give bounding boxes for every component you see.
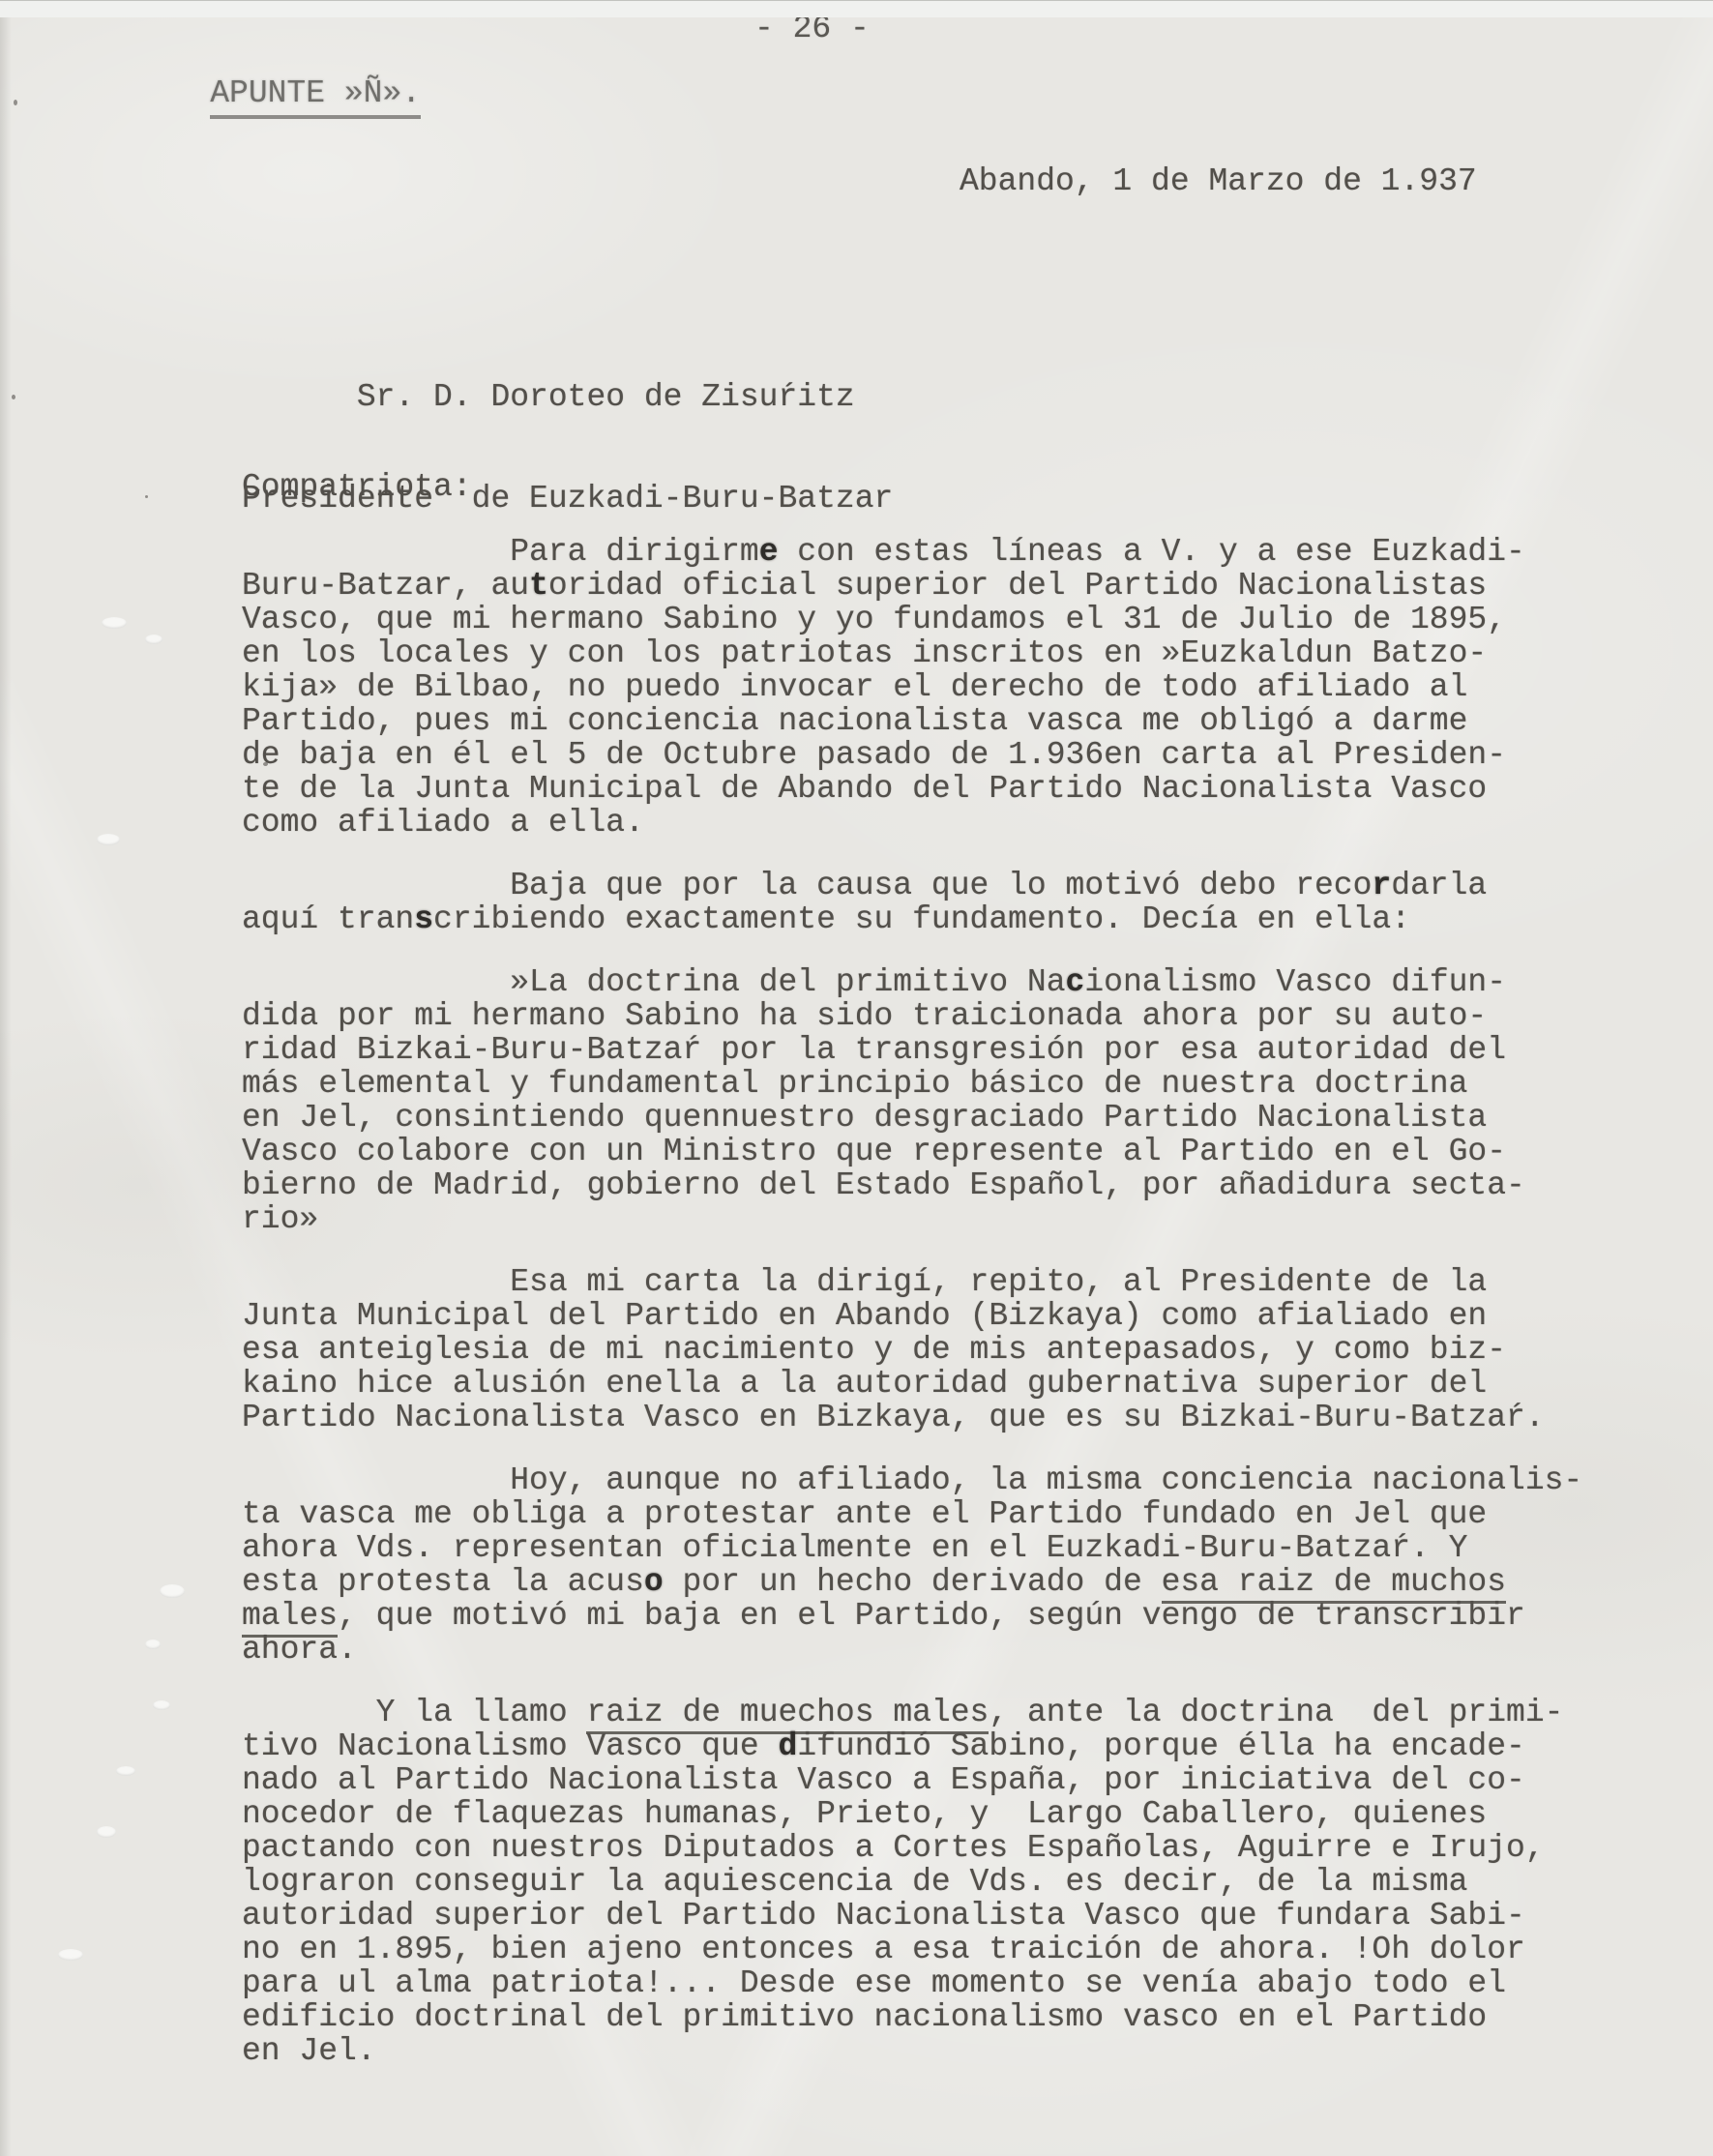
- recipient-name: Sr. D. Doroteo de Zisuŕitz: [242, 380, 893, 414]
- text-line: en Jel.: [242, 2034, 1664, 2068]
- text-line: Vasco, que mi hermano Sabino y yo fundam…: [242, 603, 1664, 636]
- text-line: esta protesta la acuso por un hecho deri…: [242, 1565, 1664, 1599]
- scan-bottom-edge: [0, 0, 1713, 17]
- text-line: Vasco colabore con un Ministro que repre…: [242, 1135, 1664, 1168]
- text-line: rio»: [242, 1202, 1664, 1236]
- text-line: Y la llamo raiz de muechos males, ante l…: [242, 1696, 1664, 1729]
- text-line: Baja que por la causa que lo motivó debo…: [242, 869, 1664, 902]
- apunte-heading: APUNTE »Ñ».: [210, 75, 421, 119]
- paper-blemish: [145, 635, 162, 644]
- text-line: ahora Vds. representan oficialmente en e…: [242, 1531, 1664, 1565]
- text-line: nocedor de flaquezas humanas, Prieto, y …: [242, 1797, 1664, 1831]
- ink-speck: [12, 395, 15, 399]
- paragraph: Baja que por la causa que lo motivó debo…: [242, 869, 1664, 936]
- text-line: en los locales y con los patriotas inscr…: [242, 636, 1664, 670]
- text-line: Junta Municipal del Partido en Abando (B…: [242, 1299, 1664, 1333]
- text-line: lograron conseguir la aquiescencia de Vd…: [242, 1865, 1664, 1899]
- text-line: edificio doctrinal del primitivo naciona…: [242, 2000, 1664, 2034]
- paper-blemish: [116, 1766, 135, 1776]
- paper-blemish: [97, 834, 120, 845]
- paragraph: Para dirigirme con estas líneas a V. y a…: [242, 535, 1664, 840]
- text-line: aquí transcribiendo exactamente su funda…: [242, 902, 1664, 936]
- date-line: Abando, 1 de Marzo de 1.937: [960, 164, 1477, 198]
- text-line: Partido Nacionalista Vasco en Bizkaya, q…: [242, 1401, 1664, 1434]
- text-line: Esa mi carta la dirigí, repito, al Presi…: [242, 1265, 1664, 1299]
- paper-blemish: [97, 1826, 116, 1838]
- paper-blemish: [145, 1639, 161, 1649]
- paper-blemish: [153, 1700, 170, 1710]
- paper-blemish: [160, 1584, 185, 1598]
- paper-blemish: [102, 617, 127, 629]
- paragraph: Y la llamo raiz de muechos males, ante l…: [242, 1696, 1664, 2068]
- text-line: kija» de Bilbao, no puedo invocar el der…: [242, 670, 1664, 704]
- text-line: tivo Nacionalismo Vasco que difundió Sab…: [242, 1729, 1664, 1763]
- paragraph: Esa mi carta la dirigí, repito, al Presi…: [242, 1265, 1664, 1434]
- text-line: Hoy, aunque no afiliado, la misma concie…: [242, 1463, 1664, 1497]
- letter-body: Para dirigirme con estas líneas a V. y a…: [242, 535, 1664, 2068]
- paragraph: Hoy, aunque no afiliado, la misma concie…: [242, 1463, 1664, 1667]
- text-line: no en 1.895, bien ajeno entonces a esa t…: [242, 1933, 1664, 1966]
- text-line: bierno de Madrid, gobierno del Estado Es…: [242, 1168, 1664, 1202]
- text-line: esa anteiglesia de mi nacimiento y de mi…: [242, 1333, 1664, 1367]
- text-line: »La doctrina del primitivo Nacionalismo …: [242, 965, 1664, 999]
- text-line: kaino hice alusión enella a la autoridad…: [242, 1367, 1664, 1401]
- paper-blemish: [58, 1949, 83, 1961]
- salutation: Compatriota:: [242, 470, 472, 504]
- text-line: en Jel, consintiendo quennuestro desgrac…: [242, 1101, 1664, 1135]
- scan-left-edge-shadow: [0, 0, 12, 2156]
- text-line: Partido, pues mi conciencia nacionalista…: [242, 704, 1664, 738]
- text-line: para ul alma patriota!... Desde ese mome…: [242, 1966, 1664, 2000]
- text-line: pactando con nuestros Diputados a Cortes…: [242, 1831, 1664, 1865]
- text-line: te de la Junta Municipal de Abando del P…: [242, 772, 1664, 806]
- text-line: Buru-Batzar, autoridad oficial superior …: [242, 569, 1664, 603]
- text-line: males, que motivó mi baja en el Partido,…: [242, 1599, 1664, 1633]
- scanned-letter-page: - 26 - APUNTE »Ñ». Abando, 1 de Marzo de…: [0, 0, 1713, 2156]
- ink-speck: [14, 100, 17, 105]
- text-line: como afiliado a ella.: [242, 806, 1664, 840]
- ink-speck: [145, 495, 148, 498]
- text-line: más elemental y fundamental principio bá…: [242, 1067, 1664, 1101]
- text-line: autoridad superior del Partido Nacionali…: [242, 1899, 1664, 1933]
- text-line: Para dirigirme con estas líneas a V. y a…: [242, 535, 1664, 569]
- text-line: ahora.: [242, 1633, 1664, 1667]
- text-line: de baja en él el 5 de Octubre pasado de …: [242, 738, 1664, 772]
- text-line: ta vasca me obliga a protestar ante el P…: [242, 1497, 1664, 1531]
- text-line: dida por mi hermano Sabino ha sido traic…: [242, 999, 1664, 1033]
- text-line: nado al Partido Nacionalista Vasco a Esp…: [242, 1763, 1664, 1797]
- paragraph: »La doctrina del primitivo Nacionalismo …: [242, 965, 1664, 1236]
- text-line: ridad Bizkai-Buru-Batzaŕ por la transgre…: [242, 1033, 1664, 1067]
